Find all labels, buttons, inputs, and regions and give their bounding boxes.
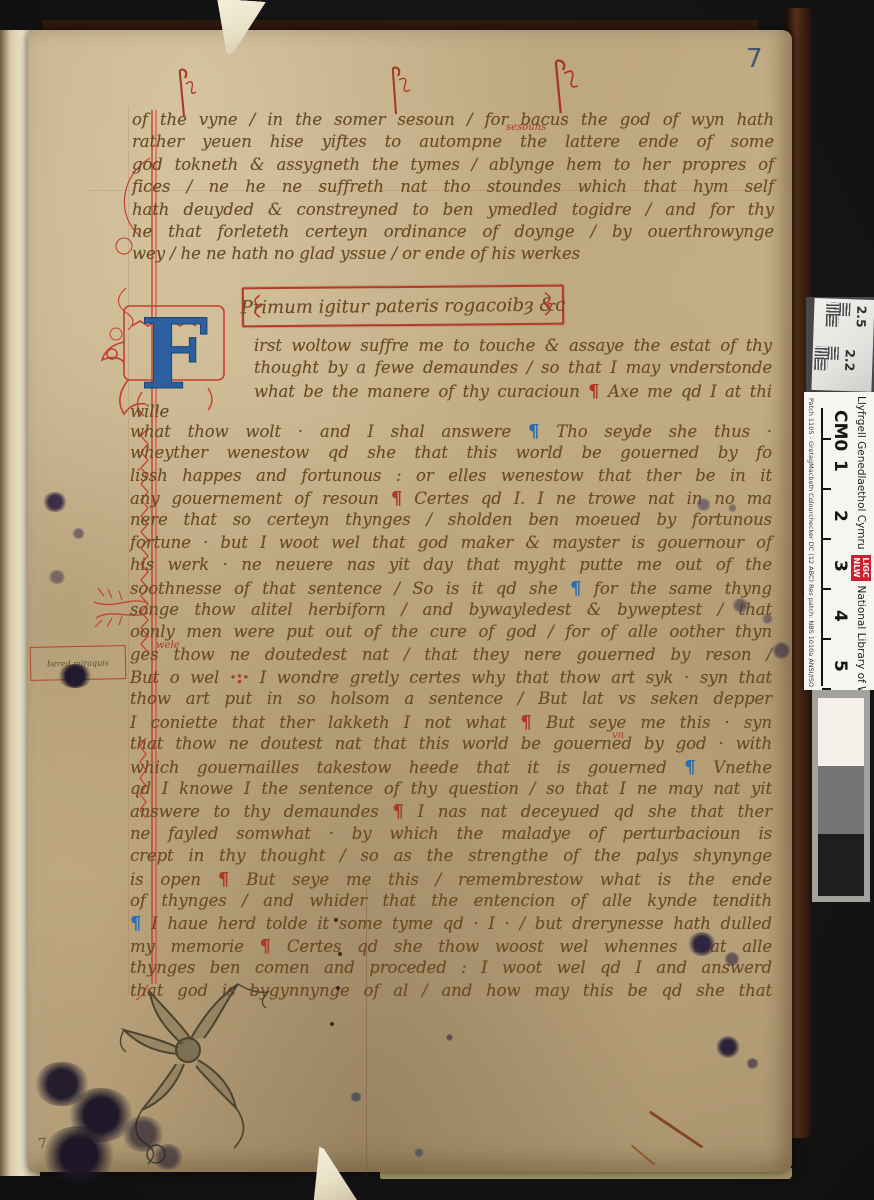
stain (696, 498, 711, 511)
greyscale-segment (812, 690, 870, 902)
parchment-page: 7 (28, 30, 792, 1172)
text-line: fortune · but I woot wel that god maker … (130, 533, 772, 555)
ruling-line (128, 106, 129, 996)
stain (728, 504, 737, 512)
interlinear-gloss: sesouns (506, 122, 546, 133)
ruler-number: 4 (830, 610, 850, 622)
ruler-tick (822, 538, 831, 540)
ruler-scale: CM012345 (820, 398, 850, 688)
text-line: fices / ne he ne suffreth nat tho stound… (132, 177, 774, 199)
resolution-patch-label: 2.5 (854, 305, 870, 328)
pilcrow-blue: ¶ (130, 913, 141, 934)
ruler-number: 5 (830, 660, 850, 672)
stain (414, 1148, 424, 1157)
text-line: he that forleteth certeyn ordinance of d… (132, 222, 774, 244)
text-line: ges thow ne doutedest nat / that they ne… (130, 645, 772, 667)
rubric-frame: Primum igitur pateris rogacoibȝ &c (242, 285, 564, 328)
text-line: thow art put in so holsom a sentence / B… (130, 689, 772, 711)
pilcrow-red: ¶ (218, 869, 229, 890)
stain (338, 952, 342, 956)
text-line: god tokneth & assygneth the tymes / ably… (132, 155, 774, 177)
text-line: wey / he ne hath no glad yssue / or ende… (132, 244, 774, 266)
text-line: ne fayled somwhat · by which the maladye… (130, 824, 772, 846)
text-line: wheyther wenestow qd she that this world… (130, 443, 772, 465)
stain (336, 986, 340, 990)
folio-number-bottom: 7 (37, 1136, 48, 1153)
patch-info-text: Patch 1105 - GretagMacbeth Colourchecker… (807, 398, 815, 688)
nlw-logo: LlGC NLW (851, 555, 871, 581)
rubric-flourish-icon (248, 293, 266, 319)
initial-spacer (130, 336, 254, 384)
text-line: I coniette that ther lakketh I not what … (130, 712, 772, 734)
text-line: lissh happes and fortunous : or elles we… (130, 466, 772, 488)
fold-crease (366, 880, 367, 1176)
stain (762, 614, 773, 624)
stain (334, 918, 338, 922)
ruler-number: 2 (830, 510, 850, 522)
text-line: qd I knowe I the sentence of thy questio… (130, 779, 772, 801)
ruler-baseline (822, 408, 824, 686)
stain (746, 1058, 759, 1069)
stain (772, 642, 791, 659)
stain (724, 952, 740, 966)
pilcrow-blue: ¶ (684, 757, 695, 778)
text-line: is open ¶ But seye me this / remembresto… (130, 869, 772, 891)
stain (58, 664, 92, 688)
text-line: But o wel ·:· I wondre gretly certes why… (130, 667, 772, 689)
stain (72, 528, 85, 539)
text-line: ¶ I haue herd tolde it some tyme qd · I … (130, 913, 772, 935)
resolution-card: 2.5 2.2 (811, 298, 874, 392)
rubric-flourish-icon (540, 291, 558, 317)
ruler-tick (822, 488, 831, 490)
text-line: of thynges / and whider that the entenci… (130, 891, 772, 913)
manuscript-photograph: 7 (0, 0, 874, 1200)
scratch-mark (631, 1145, 655, 1166)
ruler-tick (822, 588, 831, 590)
ruler-number: 1 (830, 460, 850, 472)
stain (152, 1144, 184, 1170)
stain (42, 1126, 116, 1184)
text-line: which gouernailles takestow heede that i… (130, 757, 772, 779)
greyscale-patch-black (818, 834, 864, 896)
pilcrow-red: ¶ (391, 488, 402, 509)
stain (716, 1036, 740, 1058)
stain (688, 932, 716, 956)
pilcrow-red: ·:· (230, 667, 249, 688)
resolution-target-segment: 2.5 2.2 (806, 297, 874, 393)
cadel-flourish-icon (546, 56, 580, 116)
ruler-number: CM0 (830, 410, 850, 451)
text-line: of the vyne / in the somer sesoun / for … (132, 110, 774, 132)
ruler-number: 3 (830, 560, 850, 572)
text-line: my memorie ¶ Certes qd she thow woost we… (130, 936, 772, 958)
text-line: what be the manere of thy curacioun ¶ Ax… (130, 381, 772, 421)
text-line: that thow ne doutest nat that this world… (130, 734, 772, 756)
interlinear-gloss: wele (156, 640, 180, 651)
paragraph-1: of the vyne / in the somer sesoun / for … (132, 110, 774, 267)
text-line: oonly men were put out of the cure of go… (130, 622, 772, 644)
text-line: what thow wolt · and I shal answere ¶ Th… (130, 421, 772, 443)
ruler-tick (822, 438, 831, 440)
text-line: nere that so certeyn thynges / sholden b… (130, 510, 772, 532)
stain (330, 1022, 334, 1026)
nlw-logo-line1: LlGC (861, 557, 870, 577)
text-line: answere to thy demaundes ¶ I nas nat dec… (130, 801, 772, 823)
text-line: songe thow alitel herbiforn / and bywayl… (130, 600, 772, 622)
folio-number: 7 (746, 44, 763, 74)
text-line: rather yeuen hise yiftes to autompne the… (132, 132, 774, 154)
interlinear-gloss: vn (612, 730, 624, 741)
pilcrow-red: ¶ (588, 381, 599, 402)
stain (350, 1092, 362, 1102)
resolution-patch: 2.5 (825, 302, 872, 346)
stain (446, 1034, 453, 1041)
stain (48, 570, 66, 584)
ruler-tick (822, 638, 831, 640)
greyscale-patch-white (818, 698, 864, 766)
pilcrow-red: ¶ (520, 712, 531, 733)
pilcrow-red: ¶ (392, 801, 403, 822)
text-line: crept in thy thought / so as the strengt… (130, 846, 772, 868)
pilcrow-red: ¶ (260, 936, 271, 957)
paragraph-2: irst woltow suffre me to touche & assaye… (130, 336, 772, 1003)
stain (42, 492, 68, 512)
resolution-patch-label: 2.2 (842, 349, 858, 372)
nlw-logo-line2: NLW (852, 558, 861, 578)
pilcrow-blue: ¶ (528, 421, 539, 442)
stain (732, 598, 749, 613)
text-line: any gouernement of resoun ¶ Certes qd I.… (130, 488, 772, 510)
text-line: his werk · ne neuere nas yit day that my… (130, 555, 772, 577)
nlw-ruler-card: Llyfrgell Genedlaethol Cymru LlGC NLW Na… (804, 392, 874, 690)
greyscale-patch-mid (818, 766, 864, 834)
text-line: soothnesse of that sentence / So is it q… (130, 578, 772, 600)
library-name-welsh: Llyfrgell Genedlaethol Cymru (855, 396, 867, 550)
pilcrow-blue: ¶ (570, 578, 581, 599)
ruling-line (88, 190, 778, 191)
resolution-patch: 2.2 (813, 346, 860, 390)
rubric-text: Primum igitur pateris rogacoibȝ &c (241, 294, 566, 318)
scratch-mark (649, 1110, 704, 1148)
text-line: hath deuyded & constreyned to ben ymedle… (132, 200, 774, 222)
